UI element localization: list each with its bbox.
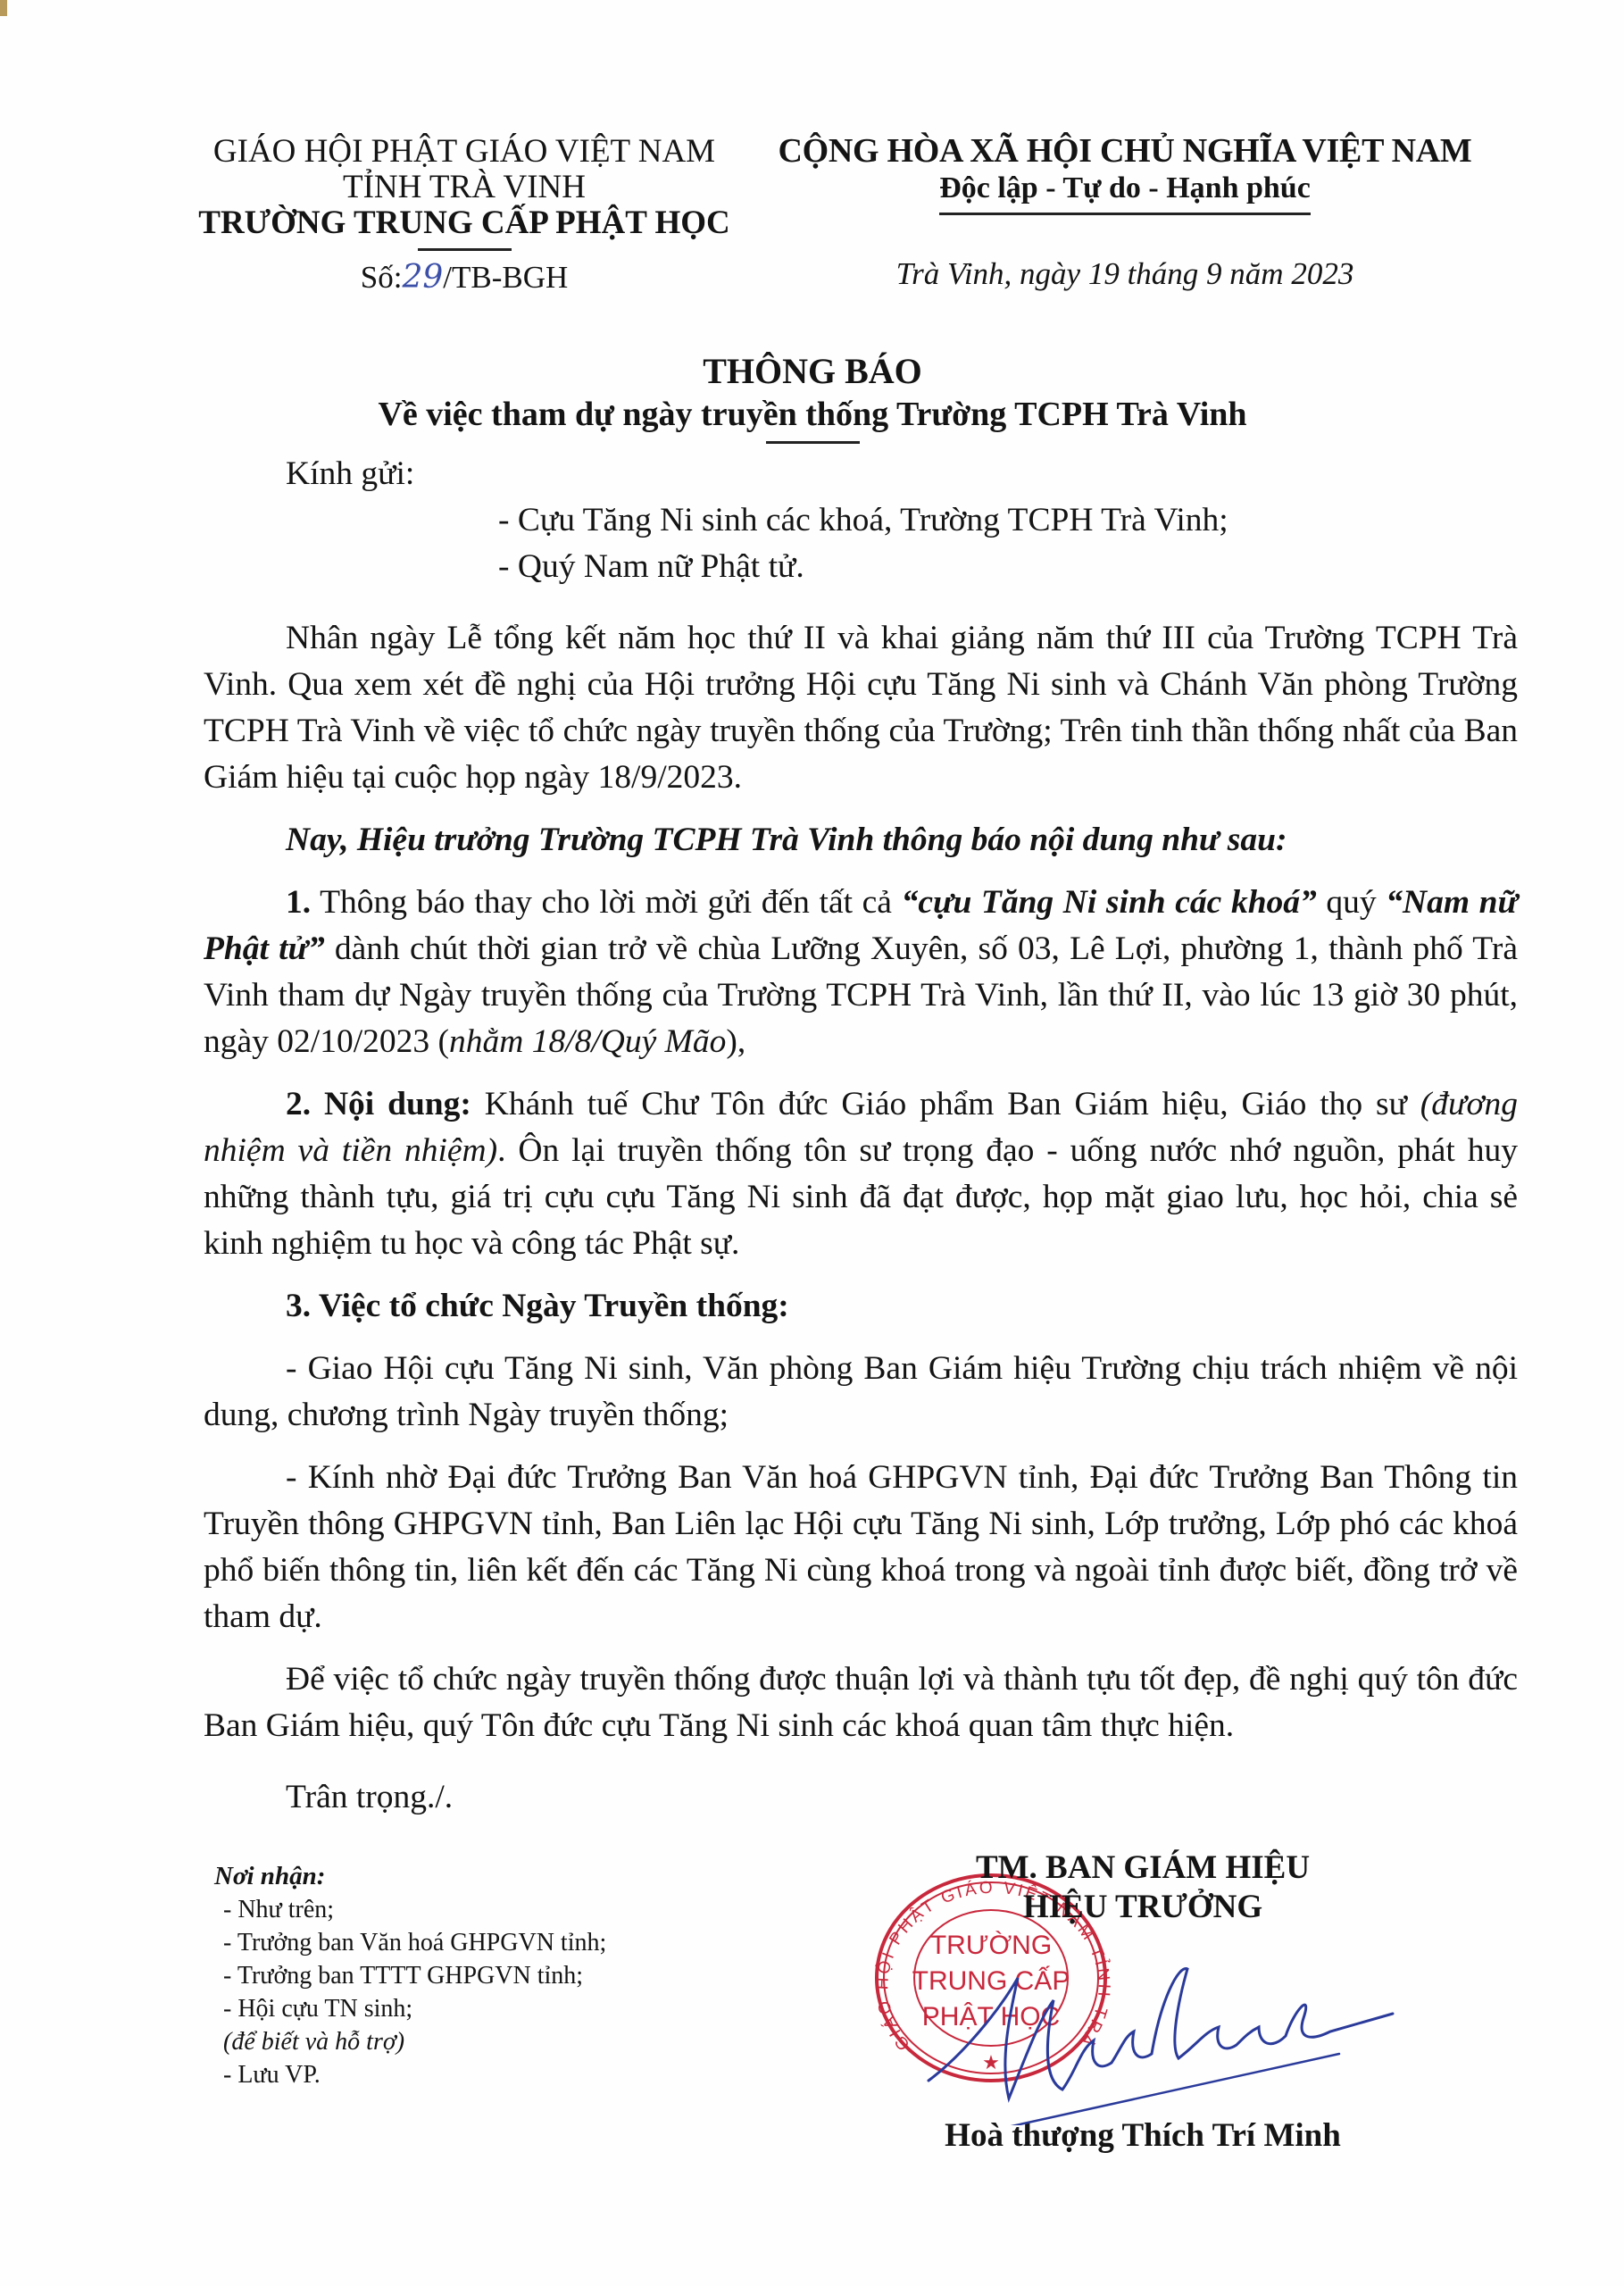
item-2: 2. Nội dung: Khánh tuế Chư Tôn đức Giáo … bbox=[204, 1081, 1518, 1267]
item-3-label: 3. Việc tổ chức Ngày Truyền thống: bbox=[204, 1283, 1518, 1330]
item-2-label: 2. Nội dung: bbox=[286, 1086, 471, 1122]
item-1-text-d: ), bbox=[726, 1023, 745, 1060]
item-1-lunar-date: nhằm 18/8/Quý Mão bbox=[449, 1023, 726, 1060]
item-1-emphasis-1: “cựu Tăng Ni sinh các khoá” bbox=[902, 884, 1317, 921]
distribution-item: - Như trên; bbox=[214, 1893, 606, 1926]
item-1-text-b: quý bbox=[1317, 884, 1387, 921]
distribution-item: - Hội cựu TN sinh; bbox=[214, 1992, 606, 2025]
salutation-label: Kính gửi: bbox=[204, 451, 1518, 497]
item-1-text-a: Thông báo thay cho lời mời gửi đến tất c… bbox=[311, 884, 901, 921]
distribution-item: - Trưởng ban Văn hoá GHPGVN tỉnh; bbox=[214, 1926, 606, 1959]
handwritten-number: 29 bbox=[402, 259, 443, 296]
national-header: CỘNG HÒA XÃ HỘI CHỦ NGHĨA VIỆT NAM Độc l… bbox=[768, 132, 1482, 292]
item-1: 1. Thông báo thay cho lời mời gửi đến tấ… bbox=[204, 880, 1518, 1065]
item-2-text-a: Khánh tuế Chư Tôn đức Giáo phẩm Ban Giám… bbox=[471, 1086, 1420, 1122]
place-date: Trà Vinh, ngày 19 tháng 9 năm 2023 bbox=[768, 256, 1482, 292]
issuer-header: GIÁO HỘI PHẬT GIÁO VIỆT NAM TỈNH TRÀ VIN… bbox=[179, 134, 750, 296]
national-motto: Độc lập - Tự do - Hạnh phúc bbox=[939, 170, 1311, 215]
document-number: Số:29/TB-BGH bbox=[179, 260, 750, 296]
regards: Trân trọng./. bbox=[204, 1774, 1518, 1821]
handwritten-signature-icon bbox=[911, 1947, 1411, 2125]
country-name: CỘNG HÒA XÃ HỘI CHỦ NGHĨA VIỆT NAM bbox=[768, 132, 1482, 170]
number-suffix: /TB-BGH bbox=[443, 260, 568, 295]
closing-paragraph: Để việc tổ chức ngày truyền thống được t… bbox=[204, 1656, 1518, 1749]
doc-type: THÔNG BÁO bbox=[179, 350, 1446, 393]
header-divider bbox=[418, 248, 512, 251]
distribution-label: Nơi nhận: bbox=[214, 1860, 606, 1893]
signer-role-2: HIỆU TRƯỞNG bbox=[857, 1888, 1428, 1927]
title-divider bbox=[766, 441, 860, 444]
distribution-note: (để biết và hỗ trợ) bbox=[214, 2025, 606, 2058]
scan-corner-artifact bbox=[0, 0, 7, 16]
distribution-list: Nơi nhận: - Như trên; - Trưởng ban Văn h… bbox=[214, 1860, 606, 2091]
recipient-1: - Cựu Tăng Ni sinh các khoá, Trường TCPH… bbox=[204, 497, 1518, 544]
recipient-2: - Quý Nam nữ Phật tử. bbox=[204, 544, 1518, 590]
distribution-item: - Trưởng ban TTTT GHPGVN tỉnh; bbox=[214, 1959, 606, 1992]
org-line-2: TỈNH TRÀ VINH bbox=[179, 170, 750, 205]
intro-paragraph: Nhân ngày Lễ tổng kết năm học thứ II và … bbox=[204, 615, 1518, 801]
doc-subject: Về việc tham dự ngày truyền thống Trường… bbox=[179, 393, 1446, 436]
distribution-archive: - Lưu VP. bbox=[214, 2058, 606, 2091]
document-body: Kính gửi: - Cựu Tăng Ni sinh các khoá, T… bbox=[204, 451, 1518, 1821]
document-title: THÔNG BÁO Về việc tham dự ngày truyền th… bbox=[179, 350, 1446, 444]
announce-line: Nay, Hiệu trưởng Trường TCPH Trà Vinh th… bbox=[204, 817, 1518, 864]
item-1-text-c: dành chút thời gian trở về chùa Lưỡng Xu… bbox=[204, 930, 1518, 1060]
org-line-1: GIÁO HỘI PHẬT GIÁO VIỆT NAM bbox=[179, 134, 750, 170]
item-1-number: 1. bbox=[286, 884, 311, 921]
item-3-bullet-2: - Kính nhờ Đại đức Trưởng Ban Văn hoá GH… bbox=[204, 1455, 1518, 1640]
item-3-bullet-1: - Giao Hội cựu Tăng Ni sinh, Văn phòng B… bbox=[204, 1346, 1518, 1439]
school-name: TRƯỜNG TRUNG CẤP PHẬT HỌC bbox=[179, 205, 750, 241]
number-prefix: Số: bbox=[361, 260, 403, 295]
signer-role-1: TM. BAN GIÁM HIỆU bbox=[857, 1848, 1428, 1888]
